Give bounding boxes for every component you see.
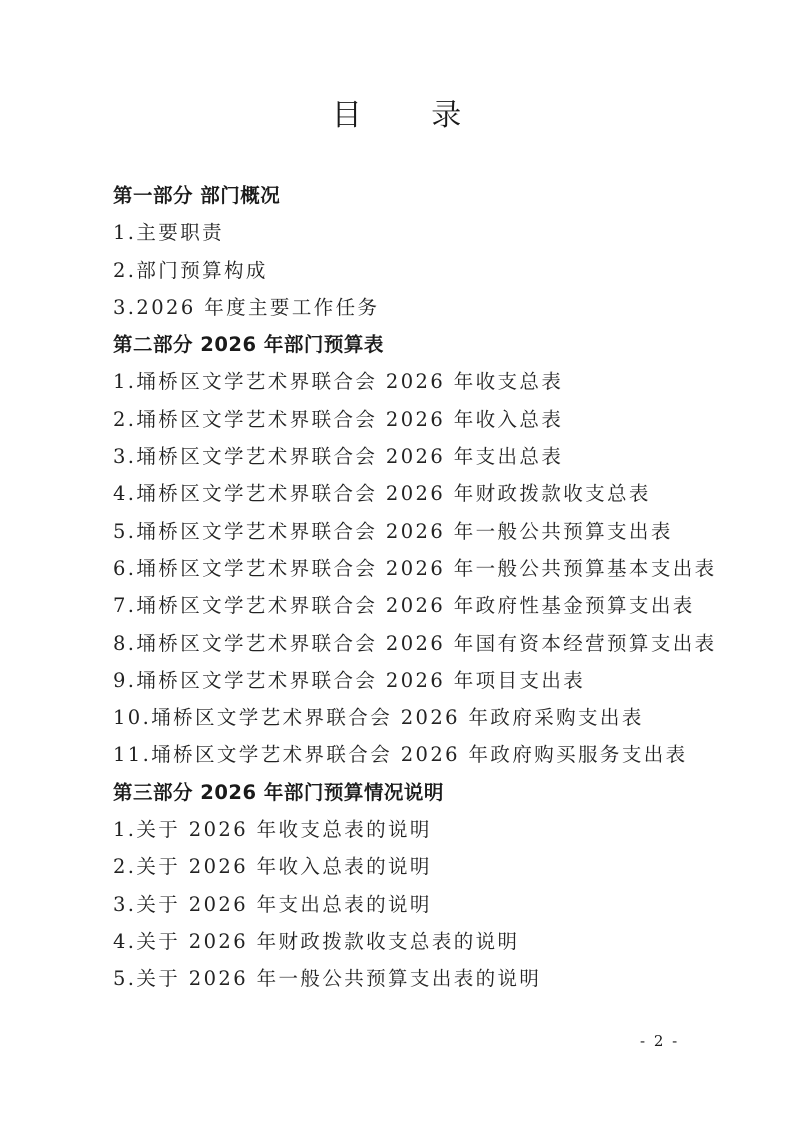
toc-part3-item: 3.关于 2026 年支出总表的说明 [113,886,753,923]
toc-part2-item: 7.埇桥区文学艺术界联合会 2026 年政府性基金预算支出表 [113,587,753,624]
toc-part2-item: 5.埇桥区文学艺术界联合会 2026 年一般公共预算支出表 [113,513,753,550]
toc-part2-item: 6.埇桥区文学艺术界联合会 2026 年一般公共预算基本支出表 [113,550,753,587]
page-title: 目 录 [0,98,793,134]
toc-part3-item: 1.关于 2026 年收支总表的说明 [113,811,753,848]
toc-part1-item: 1.主要职责 [113,214,753,251]
toc-part3-item: 5.关于 2026 年一般公共预算支出表的说明 [113,960,753,997]
toc-part2-heading: 第二部分 2026 年部门预算表 [113,326,753,363]
toc-part3-item: 4.关于 2026 年财政拨款收支总表的说明 [113,923,753,960]
toc-part2-item: 8.埇桥区文学艺术界联合会 2026 年国有资本经营预算支出表 [113,625,753,662]
toc-part3-item: 2.关于 2026 年收入总表的说明 [113,848,753,885]
toc-part2-item: 3.埇桥区文学艺术界联合会 2026 年支出总表 [113,438,753,475]
toc-part1-item: 3.2026 年度主要工作任务 [113,289,753,326]
toc-part3-heading: 第三部分 2026 年部门预算情况说明 [113,774,753,811]
toc-part2-item: 9.埇桥区文学艺术界联合会 2026 年项目支出表 [113,662,753,699]
toc-part2-item: 1.埇桥区文学艺术界联合会 2026 年收支总表 [113,363,753,400]
toc-part1-item: 2.部门预算构成 [113,252,753,289]
toc-part1-heading: 第一部分 部门概况 [113,177,753,214]
toc-part2-item: 2.埇桥区文学艺术界联合会 2026 年收入总表 [113,401,753,438]
table-of-contents: 第一部分 部门概况 1.主要职责 2.部门预算构成 3.2026 年度主要工作任… [113,177,753,998]
toc-part2-item: 11.埇桥区文学艺术界联合会 2026 年政府购买服务支出表 [113,736,753,773]
toc-part2-item: 10.埇桥区文学艺术界联合会 2026 年政府采购支出表 [113,699,753,736]
page-number: - 2 - [640,1032,679,1050]
toc-part2-item: 4.埇桥区文学艺术界联合会 2026 年财政拨款收支总表 [113,475,753,512]
